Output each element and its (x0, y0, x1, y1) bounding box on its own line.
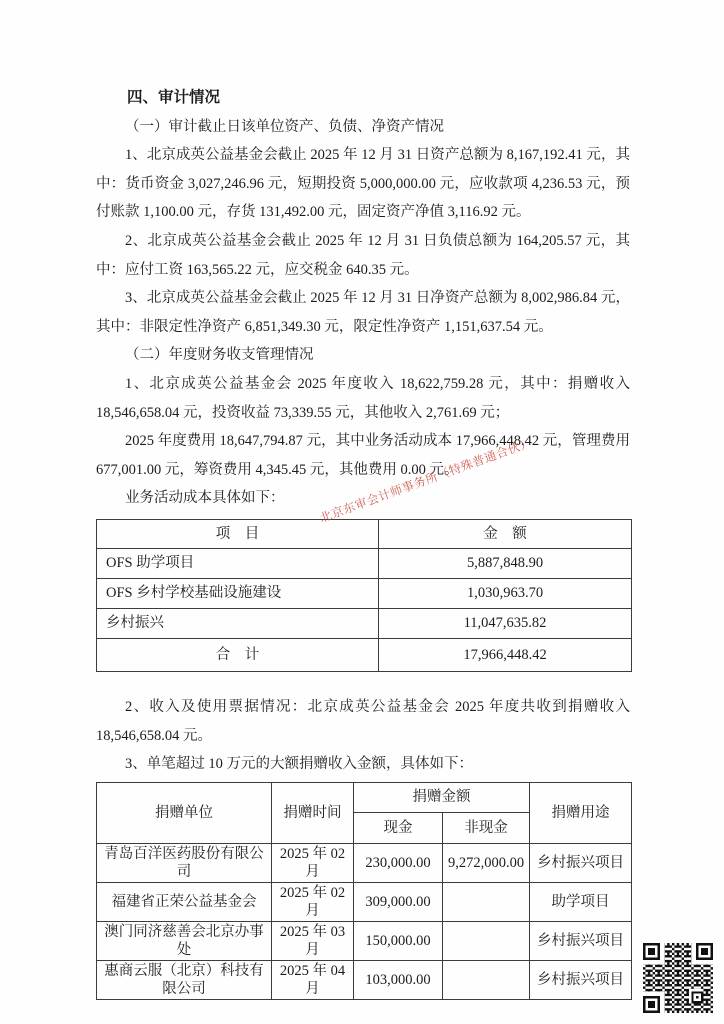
cost-item-name: OFS 助学项目 (97, 548, 379, 578)
table-row: 青岛百洋医药股份有限公司 2025 年 02 月 230,000.00 9,27… (97, 843, 632, 882)
table-row: OFS 乡村学校基础设施建设 1,030,963.70 (97, 578, 632, 608)
donation-header-cash: 现金 (354, 812, 443, 843)
donor-name: 青岛百洋医药股份有限公司 (97, 843, 272, 882)
cost-item-amount: 1,030,963.70 (379, 578, 632, 608)
section-heading: 四、审计情况 (96, 84, 630, 113)
donation-noncash (443, 921, 530, 960)
donation-header-noncash: 非现金 (443, 812, 530, 843)
donation-noncash: 9,272,000.00 (443, 843, 530, 882)
donation-table-header-row-1: 捐赠单位 捐赠时间 捐赠金额 捐赠用途 (97, 782, 632, 812)
paragraph-net-assets: 3、北京成英公益基金会截止 2025 年 12 月 31 日净资产总额为 8,0… (96, 284, 630, 341)
donation-time: 2025 年 03 月 (272, 921, 354, 960)
donation-cash: 150,000.00 (354, 921, 443, 960)
document-page: 四、审计情况 （一）审计截止日该单位资产、负债、净资产情况 1、北京成英公益基金… (0, 0, 724, 1024)
paragraph-assets: 1、北京成英公益基金会截止 2025 年 12 月 31 日资产总额为 8,16… (96, 141, 630, 227)
qr-code-icon (643, 943, 713, 1013)
section-heading-text: 四、审计情况 (127, 89, 220, 106)
cost-total-amount: 17,966,448.42 (379, 638, 632, 671)
donation-header-purpose: 捐赠用途 (530, 782, 632, 843)
donation-purpose: 乡村振兴项目 (530, 921, 632, 960)
donation-header-unit: 捐赠单位 (97, 782, 272, 843)
table-row: OFS 助学项目 5,887,848.90 (97, 548, 632, 578)
table-row: 福建省正荣公益基金会 2025 年 02 月 309,000.00 助学项目 (97, 882, 632, 921)
paragraph-donation-intro: 3、单笔超过 10 万元的大额捐赠收入金额，具体如下： (96, 750, 630, 779)
donation-purpose: 乡村振兴项目 (530, 843, 632, 882)
cost-item-name: 乡村振兴 (97, 608, 379, 638)
paragraph-income: 1、北京成英公益基金会 2025 年度收入 18,622,759.28 元，其中… (96, 370, 630, 427)
cost-item-amount: 5,887,848.90 (379, 548, 632, 578)
paragraph-cost-intro: 业务活动成本具体如下： (96, 484, 630, 513)
paragraph-expenses: 2025 年度费用 18,647,794.87 元，其中业务活动成本 17,96… (96, 427, 630, 484)
cost-item-name: OFS 乡村学校基础设施建设 (97, 578, 379, 608)
cost-item-amount: 11,047,635.82 (379, 608, 632, 638)
donation-time: 2025 年 04 月 (272, 960, 354, 999)
donation-header-amount-group: 捐赠金额 (354, 782, 530, 812)
table-row: 澳门同济慈善会北京办事处 2025 年 03 月 150,000.00 乡村振兴… (97, 921, 632, 960)
cost-total-label: 合 计 (97, 638, 379, 671)
donation-purpose: 助学项目 (530, 882, 632, 921)
donation-time: 2025 年 02 月 (272, 882, 354, 921)
donation-noncash (443, 882, 530, 921)
donation-header-time: 捐赠时间 (272, 782, 354, 843)
donation-cash: 230,000.00 (354, 843, 443, 882)
donation-cash: 309,000.00 (354, 882, 443, 921)
cost-table: 项 目 金 额 OFS 助学项目 5,887,848.90 OFS 乡村学校基础… (96, 519, 632, 672)
donation-time: 2025 年 02 月 (272, 843, 354, 882)
donor-name: 福建省正荣公益基金会 (97, 882, 272, 921)
cost-table-total-row: 合 计 17,966,448.42 (97, 638, 632, 671)
document-content: 四、审计情况 （一）审计截止日该单位资产、负债、净资产情况 1、北京成英公益基金… (96, 84, 630, 1000)
donor-name: 澳门同济慈善会北京办事处 (97, 921, 272, 960)
donor-name: 惠商云服（北京）科技有限公司 (97, 960, 272, 999)
paragraph-liabilities: 2、北京成英公益基金会截止 2025 年 12 月 31 日负债总额为 164,… (96, 227, 630, 284)
donation-table: 捐赠单位 捐赠时间 捐赠金额 捐赠用途 现金 非现金 青岛百洋医药股份有限公司 … (96, 782, 632, 1000)
paragraph-subsection-2: （二）年度财务收支管理情况 (96, 341, 630, 370)
donation-purpose: 乡村振兴项目 (530, 960, 632, 999)
cost-table-header-amount: 金 额 (379, 519, 632, 548)
paragraph-subsection-1: （一）审计截止日该单位资产、负债、净资产情况 (96, 113, 630, 142)
donation-cash: 103,000.00 (354, 960, 443, 999)
cost-table-header-item: 项 目 (97, 519, 379, 548)
paragraph-receipts: 2、收入及使用票据情况：北京成英公益基金会 2025 年度共收到捐赠收入 18,… (96, 693, 630, 750)
table-row: 惠商云服（北京）科技有限公司 2025 年 04 月 103,000.00 乡村… (97, 960, 632, 999)
donation-noncash (443, 960, 530, 999)
cost-table-header-row: 项 目 金 额 (97, 519, 632, 548)
table-row: 乡村振兴 11,047,635.82 (97, 608, 632, 638)
